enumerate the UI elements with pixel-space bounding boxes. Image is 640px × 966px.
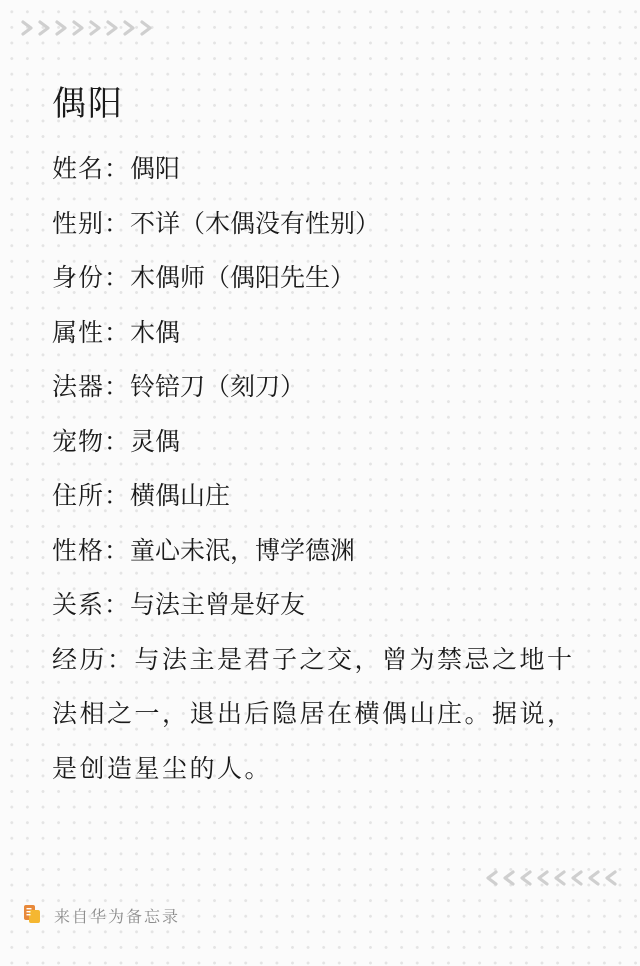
field-value: 横偶山庄 — [130, 481, 230, 510]
field-label: 经历： — [52, 645, 135, 674]
field-value: 木偶师（偶阳先生） — [130, 263, 355, 292]
chevron-left-icon — [551, 868, 568, 888]
field-label: 宠物： — [52, 427, 130, 456]
field-value: 木偶 — [130, 318, 180, 347]
field-value: 灵偶 — [130, 427, 180, 456]
field-value: 偶阳 — [130, 154, 180, 183]
field-residence: 住所：横偶山庄 — [52, 469, 612, 524]
chevron-right-icon — [103, 18, 120, 38]
field-label: 属性： — [52, 318, 130, 347]
field-identity: 身份：木偶师（偶阳先生） — [52, 251, 612, 306]
field-label: 姓名： — [52, 154, 130, 183]
field-artifact: 法器：铃锫刀（刻刀） — [52, 360, 612, 415]
chevron-left-icon — [585, 868, 602, 888]
chevron-right-icon — [18, 18, 35, 38]
field-attribute: 属性：木偶 — [52, 306, 612, 361]
chevron-left-icon — [517, 868, 534, 888]
field-pet: 宠物：灵偶 — [52, 415, 612, 470]
field-value: 铃锫刀（刻刀） — [130, 372, 305, 401]
chevron-left-icon — [500, 868, 517, 888]
field-gender: 性别：不详（木偶没有性别） — [52, 197, 612, 252]
field-label: 身份： — [52, 263, 130, 292]
field-label: 性格： — [52, 536, 130, 565]
chevron-left-icon — [602, 868, 619, 888]
field-label: 性别： — [52, 209, 130, 238]
chevron-left-icon — [483, 868, 500, 888]
chevron-left-icon — [534, 868, 551, 888]
chevron-right-icon — [137, 18, 154, 38]
chevron-right-icon — [69, 18, 86, 38]
field-label: 关系： — [52, 590, 130, 619]
chevron-right-icon — [86, 18, 103, 38]
field-name: 姓名：偶阳 — [52, 142, 612, 197]
field-label: 法器： — [52, 372, 130, 401]
profile-fields: 姓名：偶阳 性别：不详（木偶没有性别） 身份：木偶师（偶阳先生） 属性：木偶 法… — [52, 142, 612, 796]
bottom-chevron-decoration — [483, 868, 619, 888]
field-value: 与法主曾是好友 — [130, 590, 305, 619]
field-value: 不详（木偶没有性别） — [130, 209, 380, 238]
chevron-right-icon — [52, 18, 69, 38]
field-history: 经历：与法主是君子之交，曾为禁忌之地十法相之一，退出后隐居在横偶山庄。据说，是创… — [52, 633, 597, 797]
footer-source: 来自华为备忘录 — [24, 904, 180, 927]
notes-app-icon — [24, 905, 40, 927]
chevron-right-icon — [35, 18, 52, 38]
top-chevron-decoration — [18, 18, 154, 38]
chevron-right-icon — [120, 18, 137, 38]
field-personality: 性格：童心未泯，博学德渊 — [52, 524, 612, 579]
source-text: 来自华为备忘录 — [54, 904, 180, 927]
field-label: 住所： — [52, 481, 130, 510]
field-relationship: 关系：与法主曾是好友 — [52, 578, 612, 633]
note-title: 偶阳 — [52, 76, 124, 125]
field-value: 童心未泯，博学德渊 — [130, 536, 355, 565]
chevron-left-icon — [568, 868, 585, 888]
